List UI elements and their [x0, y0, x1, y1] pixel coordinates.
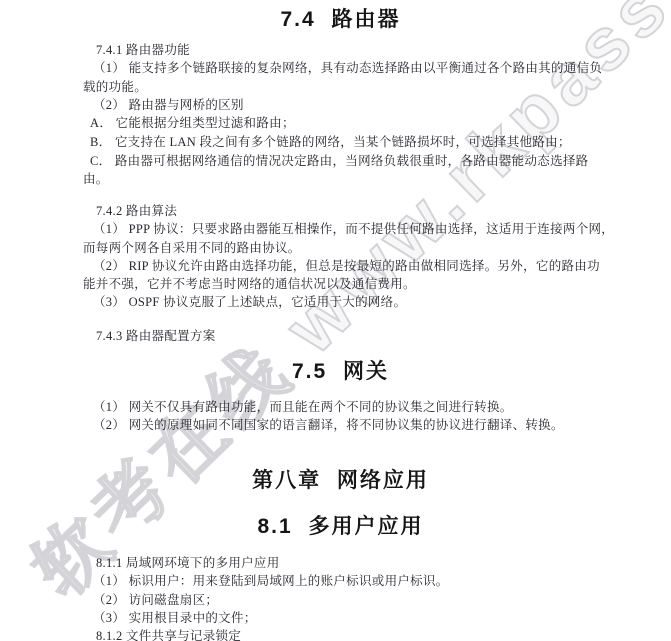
subsection-8-1-2: 8.1.2 文件共享与记录锁定: [83, 628, 616, 641]
paragraph-line: 载的功能。: [83, 79, 603, 95]
list-item-a: A． 它能根据分组类型过滤和路由；: [83, 115, 610, 131]
paragraph-line: （2） 访问磁盘扇区；: [83, 592, 613, 608]
paragraph-line: （2） RIP 协议允许由路由选择功能，但总是按最短的路由做相同选择。另外，它的…: [83, 258, 613, 274]
subsection-8-1-1: 8.1.1 局域网环境下的多用户应用: [83, 555, 616, 571]
heading-7-4-router: 7.4 路由器: [10, 7, 671, 33]
paragraph-line: 由。: [83, 171, 603, 187]
paragraph-line: （3） 实用根目录中的文件；: [83, 610, 613, 626]
paragraph-line: （1） PPP 协议：只要求路由器能互相操作，而不提供任何路由选择，这适用于连接…: [83, 221, 613, 237]
subsection-7-4-1: 7.4.1 路由器功能: [83, 42, 616, 58]
list-item-b: B． 它支持在 LAN 段之间有多个链路的网络，当某个链路损坏时，可选择其他路由…: [83, 134, 610, 150]
heading-chapter-8: 第八章 网络应用: [10, 468, 671, 494]
paragraph-line: （1） 能支持多个链路联接的复杂网络，具有动态选择路由以平衡通过各个路由其的通信…: [83, 60, 613, 76]
document-page: 软考在线 www.rkpass.com 7.4 路由器7.4.1 路由器功能（1…: [0, 0, 671, 641]
paragraph-line: 而每两个网各自采用不同的路由协议。: [83, 240, 603, 256]
paragraph-line: 能并不强，它并不考虑当时网络的通信状况以及通信费用。: [83, 276, 603, 292]
subsection-7-4-3: 7.4.3 路由器配置方案: [83, 328, 616, 344]
paragraph-line: （2） 网关的原理如同不同国家的语言翻译，将不同协议集的协议进行翻译、转换。: [83, 417, 613, 433]
paragraph-line: （1） 标识用户：用来登陆到局域网上的账户标识或用户标识。: [83, 573, 613, 589]
list-item-c: C． 路由器可根据网络通信的情况决定路由，当网络负载很重时，各路由器能动态选择路: [83, 153, 610, 169]
paragraph-line: （1） 网关不仅具有路由功能，而且能在两个不同的协议集之间进行转换。: [83, 399, 613, 415]
paragraph-line: （2） 路由器与网桥的区别: [83, 97, 613, 113]
heading-7-5-gateway: 7.5 网关: [10, 359, 671, 385]
heading-8-1-multiuser: 8.1 多用户应用: [10, 514, 671, 540]
paragraph-line: （3） OSPF 协议克服了上述缺点，它适用于大的网络。: [83, 294, 613, 310]
subsection-7-4-2: 7.4.2 路由算法: [83, 203, 616, 219]
